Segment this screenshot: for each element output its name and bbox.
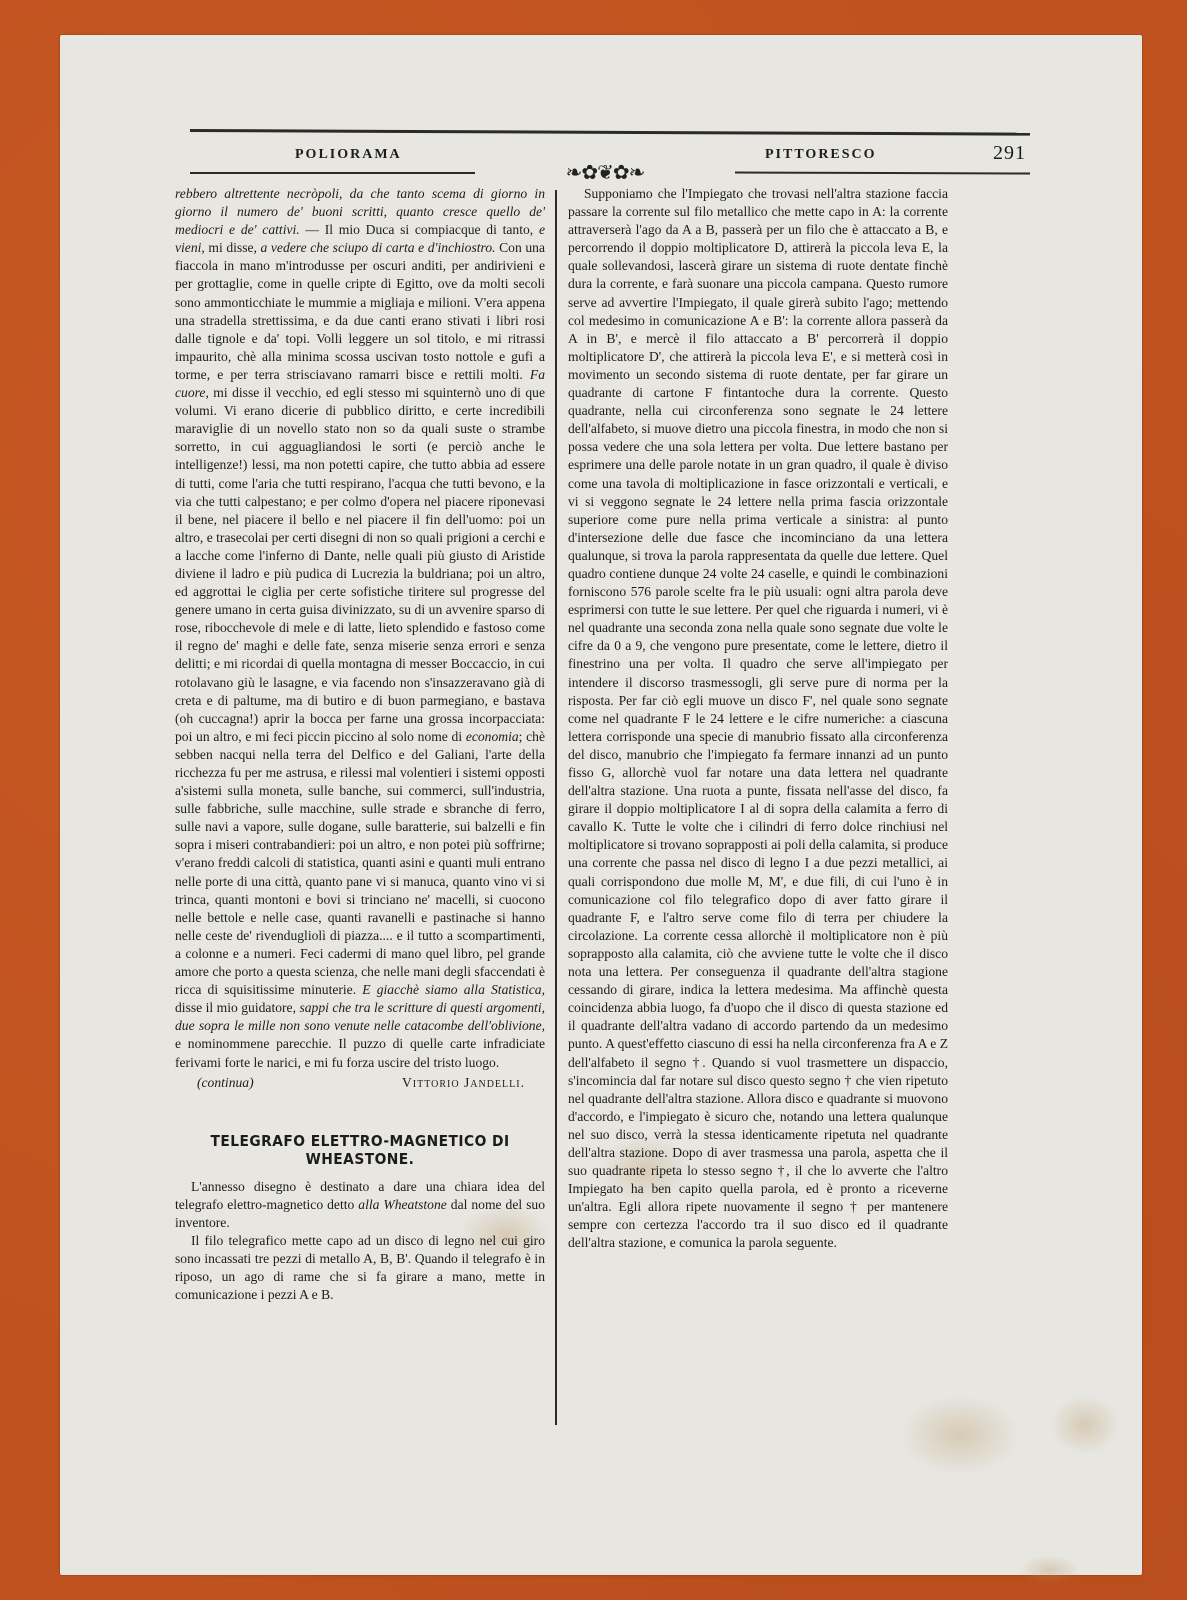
ornament-flourish-icon: ❧✿❦✿❧ <box>475 157 735 187</box>
right-column: Supponiamo che l'Impiegato che trovasi n… <box>568 185 948 1253</box>
page-number: 291 <box>993 142 1026 165</box>
header-top-rule <box>190 129 1030 136</box>
body-text: — Il mio Duca si compiacque di tanto, <box>300 222 539 237</box>
italic-text: E giacchè siamo alla Statistica, <box>362 982 545 997</box>
article-title: TELEGRAFO ELETTRO-MAGNETICO DI WHEASTONE… <box>190 1132 530 1168</box>
continues-label: (continua) <box>197 1074 254 1092</box>
foxing-stain <box>1050 1395 1120 1455</box>
italic-text: economia <box>466 729 519 744</box>
header-bottom-rule-left <box>190 172 475 174</box>
essay-signoff: (continua) Vittorio Jandelli. <box>175 1074 545 1092</box>
body-text: , mi disse, <box>201 240 260 255</box>
foxing-stain <box>900 1395 1020 1475</box>
article-paragraph: L'annesso disegno è destinato a dare una… <box>175 1178 545 1232</box>
body-text: disse il mio guidatore, <box>175 1000 299 1015</box>
italic-text: alla Wheatstone <box>358 1197 447 1212</box>
column-divider <box>555 190 557 1425</box>
running-title-left: POLIORAMA <box>295 147 402 163</box>
foxing-stain <box>1020 1555 1080 1585</box>
running-header: POLIORAMA PITTORESCO 291 ❧✿❦✿❧ <box>190 125 1030 185</box>
body-text: Con una fiaccola in mano m'introdusse pe… <box>175 240 545 382</box>
printed-page: POLIORAMA PITTORESCO 291 ❧✿❦✿❧ rebbero a… <box>60 35 1142 1575</box>
author-name: Vittorio Jandelli. <box>402 1074 525 1092</box>
running-title-right: PITTORESCO <box>765 147 877 163</box>
article-paragraph: Supponiamo che l'Impiegato che trovasi n… <box>568 185 948 1253</box>
body-text: e nominommene parecchie. Il puzzo di que… <box>175 1036 545 1069</box>
italic-text: a vedere che sciupo di carta e d'inchios… <box>261 240 496 255</box>
essay-continuation: rebbero altrettente necròpoli, da che ta… <box>175 185 545 1072</box>
article-paragraph: Il filo telegrafico mette capo ad un dis… <box>175 1232 545 1304</box>
body-text: ; chè sebben nacqui nella terra del Delf… <box>175 729 545 997</box>
left-column: rebbero altrettente necròpoli, da che ta… <box>175 185 545 1305</box>
header-bottom-rule-right <box>735 171 1030 174</box>
body-text: , mi disse il vecchio, ed egli stesso mi… <box>175 385 545 744</box>
